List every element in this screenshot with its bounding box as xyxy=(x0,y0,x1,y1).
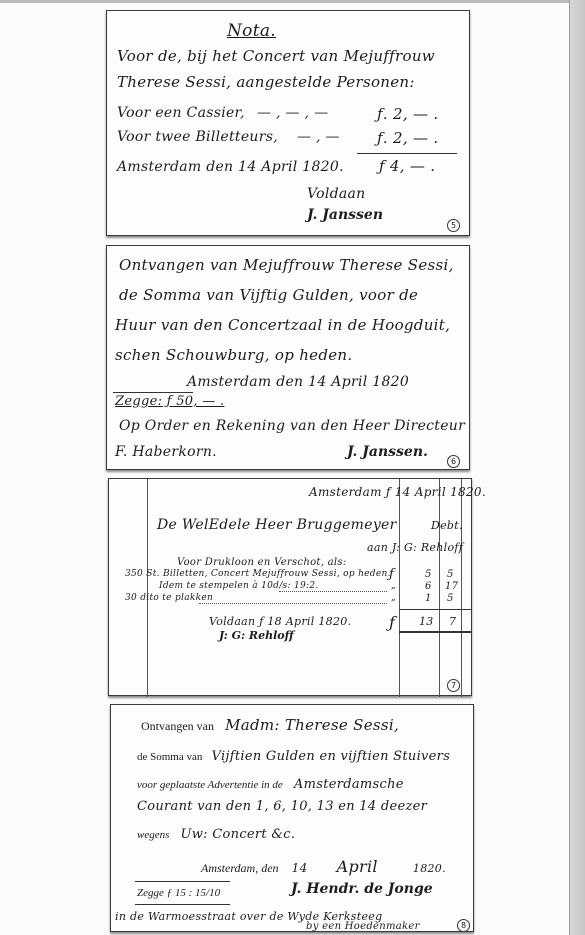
receipt-7-signature: J: G: Rehloff xyxy=(219,629,294,642)
receipt-8-voor-row: voor geplaatste Advertentie in de Amster… xyxy=(137,773,404,792)
receipt-7-left-margin-rule xyxy=(147,479,148,697)
receipt-7-sum-rule xyxy=(399,609,471,610)
receipt-8-date-row: Amsterdam, den 14 April 1820. xyxy=(201,857,446,876)
receipt-8-newspaper-line-2: Courant van den 1, 6, 10, 13 en 14 deeze… xyxy=(137,799,427,814)
receipt-8-zegge: Zegge ƒ 15 : 15/10 xyxy=(137,887,220,899)
receipt-7-item-2-currency: „ xyxy=(391,581,396,591)
receipt-8-zegge-rule-top xyxy=(135,881,230,882)
receipt-8-printed-wegens: wegens xyxy=(137,829,169,841)
receipt-8-printed-somma: de Somma van xyxy=(137,751,202,763)
receipt-7-item-2-stuivers: 17 xyxy=(445,581,458,592)
receipt-7-item-2-description: Idem te stempelen à 10d/s: 19:2. xyxy=(159,581,319,591)
receipt-5-nota: Nota. Voor de, bij het Concert van Mejuf… xyxy=(106,10,470,236)
receipt-5-item-cassier-dashes: — , — , — xyxy=(257,105,328,121)
receipt-7-guilders-column-rule xyxy=(399,479,400,697)
receipt-7-total-currency: ƒ xyxy=(389,613,395,632)
receipt-6-date: Amsterdam den 14 April 1820 xyxy=(187,374,409,390)
receipt-5-signature: J. Janssen xyxy=(307,207,383,223)
receipt-7-item-3-dots xyxy=(199,603,387,604)
receipt-5-line-1: Voor de, bij het Concert van Mejuffrouw xyxy=(117,47,435,65)
receipt-5-stamp-number: 5 xyxy=(447,219,460,232)
receipt-6-zegge-rule-top xyxy=(113,392,193,393)
receipt-5-sum-rule xyxy=(357,153,457,154)
receipt-8-printed-date: Amsterdam, den xyxy=(201,861,279,875)
receipt-7-creditor: aan J: G: Rehloff xyxy=(367,541,463,554)
receipt-7-total-stuivers: 7 xyxy=(449,615,456,628)
receipt-8-reason: Uw: Concert &c. xyxy=(180,827,295,842)
receipt-5-item-billetteurs-amount: ƒ. 2, — . xyxy=(377,129,438,147)
receipt-7-item-3-currency: „ xyxy=(391,593,396,603)
receipt-7-item-3-description: 30 dito te plakken xyxy=(125,593,213,603)
receipt-7-invoice: Amsterdam ƒ 14 April 1820. De WelEdele H… xyxy=(108,478,472,696)
receipt-8-day: 14 xyxy=(292,861,308,875)
receipt-8-address-line-2: by een Hoedenmaker xyxy=(306,921,420,932)
receipt-8-newspaper: Amsterdamsche xyxy=(294,777,404,792)
receipt-8-advertentie: Ontvangen van Madm: Therese Sessi, de So… xyxy=(110,704,474,932)
receipt-5-voldaan: Voldaan xyxy=(307,186,366,202)
receipt-5-item-cassier: Voor een Cassier, xyxy=(117,105,245,121)
receipt-8-year: 1820. xyxy=(413,862,446,875)
receipt-7-paid-line: Voldaan ƒ 18 April 1820. xyxy=(209,615,351,628)
receipt-8-wegens-row: wegens Uw: Concert &c. xyxy=(137,823,295,842)
receipt-6-stamp-number: 6 xyxy=(447,455,460,468)
receipt-7-item-1-stuivers: 5 xyxy=(447,569,454,580)
receipt-7-item-3-stuivers: 5 xyxy=(447,593,454,604)
receipt-7-stamp-number: 7 xyxy=(447,679,460,692)
receipt-6-director: F. Haberkorn. xyxy=(115,444,217,460)
receipt-6-concertzaal: Ontvangen van Mejuffrouw Therese Sessi, … xyxy=(106,245,470,470)
receipt-7-date: Amsterdam ƒ 14 April 1820. xyxy=(309,485,486,499)
receipt-5-item-cassier-amount: ƒ. 2, — . xyxy=(377,105,438,123)
receipt-8-ontvangen-row: Ontvangen van Madm: Therese Sessi, xyxy=(141,715,399,734)
receipt-7-item-2-dots xyxy=(279,591,387,592)
receipt-8-month: April xyxy=(337,857,378,876)
receipt-8-stamp-number: 8 xyxy=(457,919,470,932)
receipt-8-from: Madm: Therese Sessi, xyxy=(225,716,399,734)
receipt-7-item-1-guilders: 5 xyxy=(425,569,432,580)
receipt-5-title: Nota. xyxy=(227,21,276,41)
receipt-7-total-guilders: 13 xyxy=(419,615,434,628)
scan-top-edge xyxy=(0,0,585,3)
receipt-7-item-1-currency: ƒ xyxy=(389,567,394,582)
receipt-8-zegge-rule-bottom xyxy=(135,904,230,905)
receipt-5-item-billetteurs: Voor twee Billetteurs, xyxy=(117,129,278,145)
receipt-7-total-double-rule xyxy=(399,631,471,633)
receipt-6-line-3: Huur van den Concertzaal in de Hoogduit, xyxy=(115,316,450,334)
receipt-7-stuivers-column-rule xyxy=(439,479,440,697)
receipt-7-item-2-guilders: 6 xyxy=(425,581,432,592)
receipt-7-intro: Voor Drukloon en Verschot, als: xyxy=(177,557,347,568)
receipt-8-printed-ontvangen: Ontvangen van xyxy=(141,719,214,733)
receipt-7-debet: Debt. xyxy=(431,519,463,532)
receipt-6-line-4: schen Schouwburg, op heden. xyxy=(115,346,352,364)
receipt-8-signature: J. Hendr. de Jonge xyxy=(291,881,433,897)
receipt-6-zegge: Zegge: ƒ 50, — . xyxy=(115,394,224,409)
receipt-7-item-1-description: 350 St. Billetten, Concert Mejuffrouw Se… xyxy=(125,569,391,579)
receipt-6-line-2: de Somma van Vijftig Gulden, voor de xyxy=(119,286,418,304)
receipt-8-somma-row: de Somma van Vijftien Gulden en vijftien… xyxy=(137,745,450,764)
receipt-7-item-3-guilders: 1 xyxy=(425,593,432,604)
receipt-6-signature: J. Janssen. xyxy=(347,444,428,460)
receipt-5-total: ƒ 4, — . xyxy=(379,157,435,175)
receipt-5-date: Amsterdam den 14 April 1820. xyxy=(117,159,344,175)
receipt-6-line-1: Ontvangen van Mejuffrouw Therese Sessi, xyxy=(119,256,454,274)
receipt-5-item-billetteurs-dashes: — , — xyxy=(297,129,340,145)
page-edge xyxy=(569,0,585,935)
receipt-8-printed-voor: voor geplaatste Advertentie in de xyxy=(137,779,283,791)
receipt-7-right-rule xyxy=(461,479,462,697)
receipt-5-line-2: Therese Sessi, aangestelde Personen: xyxy=(117,73,415,91)
receipt-8-amount-words: Vijftien Gulden en vijftien Stuivers xyxy=(211,749,450,764)
receipt-6-order-line: Op Order en Rekening van den Heer Direct… xyxy=(119,418,465,434)
receipt-7-addressee: De WelEdele Heer Bruggemeyer xyxy=(157,517,397,533)
